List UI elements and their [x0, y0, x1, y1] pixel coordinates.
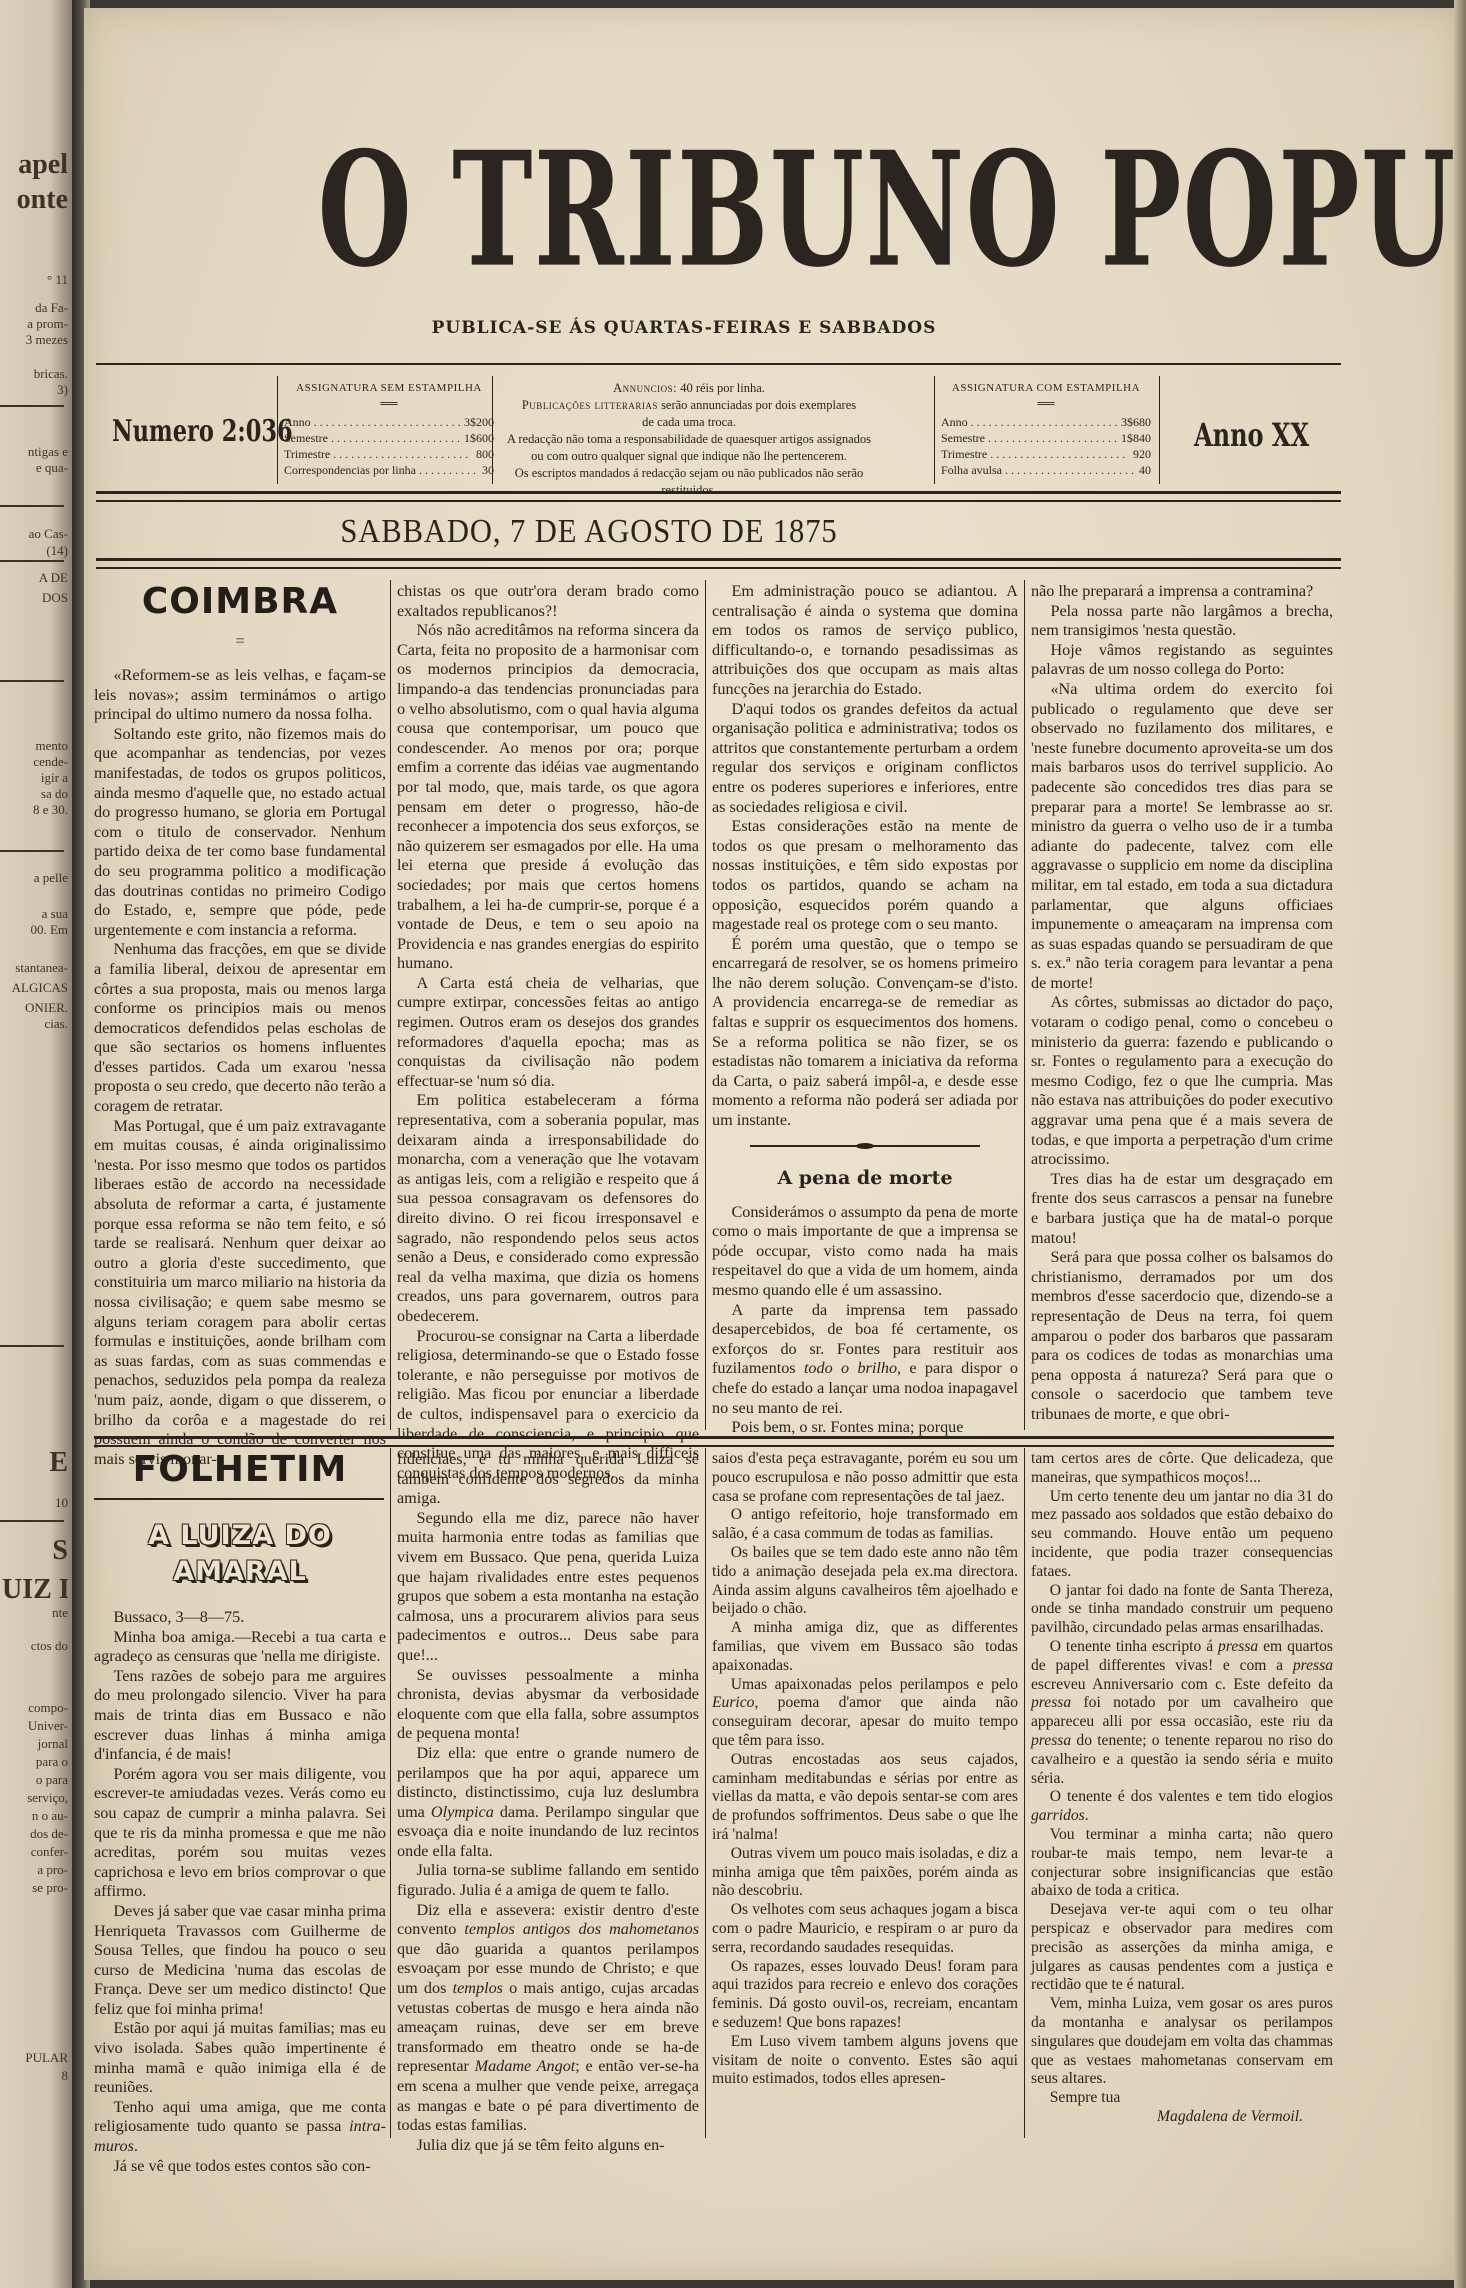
paragraph: Julia torna-se sublime fallando em senti…	[397, 1861, 699, 1900]
subscription-heading: ASSIGNATURA SEM ESTAMPILHA	[284, 380, 494, 396]
column-2-lower: fidenciaes, e tu minha querida Luiza sê …	[397, 1450, 699, 2155]
notice-text: A redacção não toma a responsabilidade d…	[489, 431, 889, 448]
notice-text: serão annunciadas por dois exemplares	[658, 398, 856, 412]
adjacent-page-fragment: ctos do	[2, 1638, 68, 1653]
adjacent-page-rule	[0, 850, 64, 852]
newspaper-page: O TRIBUNO POPULAR PUBLICA-SE ÁS QUARTAS-…	[84, 8, 1460, 2280]
section-title-coimbra: COIMBRA	[94, 580, 386, 624]
paragraph: Segundo ella me diz, parece não haver mu…	[397, 1509, 699, 1666]
paragraph: não lhe preparará a imprensa a contramin…	[1031, 582, 1333, 602]
adjacent-page-fragment: a pelle	[2, 870, 68, 885]
paragraph: O jantar foi dado na fonte de Santa Ther…	[1031, 1582, 1333, 1638]
adjacent-page-rule	[0, 1345, 64, 1347]
author-signature: Magdalena de Vermoil.	[1031, 2108, 1333, 2127]
dateline: SABBADO, 7 DE AGOSTO DE 1875	[135, 513, 1044, 551]
paragraph: Diz ella: que entre o grande numero de p…	[397, 1744, 699, 1862]
price-label: Semestre	[941, 430, 1117, 446]
adjacent-page-fragment: ao Cas-	[2, 526, 68, 541]
paragraph: Pois bem, o sr. Fontes mina; porque	[712, 1418, 1018, 1438]
price-row: Trimestre920	[941, 446, 1151, 462]
adjacent-page-fragment: e qua-	[2, 460, 68, 475]
price-row: Folha avulsa40	[941, 462, 1151, 478]
adjacent-page-fragment: apel	[2, 150, 68, 180]
paragraph: Hoje vâmos registando as seguintes palav…	[1031, 641, 1333, 680]
adjacent-page-fragment: stantanea-	[2, 960, 68, 975]
adjacent-page-fragment: a pro-	[2, 1862, 68, 1877]
adjacent-page-fragment: confer-	[2, 1844, 68, 1859]
column-4-lower: tam certos ares de côrte. Que delicadeza…	[1031, 1450, 1333, 2127]
paragraph: «Reformem-se as leis velhas, e façam-se …	[94, 666, 386, 725]
column-3-upper: Em administração pouco se adiantou. A ce…	[712, 582, 1018, 1438]
price-label: Anno	[284, 414, 460, 430]
subscription-with-stamp: ASSIGNATURA COM ESTAMPILHA ══ Anno3$680S…	[941, 380, 1151, 478]
price-row: Anno3$680	[941, 414, 1151, 430]
paragraph: Em administração pouco se adiantou. A ce…	[712, 582, 1018, 700]
price-row: Correspondencias por linha30	[284, 462, 494, 478]
paragraph: Tens razões de sobejo para me arguires d…	[94, 1667, 386, 1765]
adjacent-page-fragment: (14)	[2, 543, 68, 558]
paragraph: Tenho aqui uma amiga, que me conta relig…	[94, 2098, 386, 2157]
adjacent-page-fragment: serviço,	[2, 1790, 68, 1805]
price-row: Semestre1$600	[284, 430, 494, 446]
price-label: Semestre	[284, 430, 460, 446]
subscription-heading: ASSIGNATURA COM ESTAMPILHA	[941, 380, 1151, 396]
adjacent-page-fragment: PULAR	[2, 2050, 68, 2065]
adjacent-page-fragment: cias.	[2, 1016, 68, 1031]
heading-divider: ══	[284, 398, 494, 408]
paragraph: As côrtes, submissas ao dictador do paço…	[1031, 993, 1333, 1169]
masthead-title: O TRIBUNO POPULAR	[318, 126, 1211, 294]
adjacent-page-fragment: ntigas e	[2, 444, 68, 459]
column-rule	[1024, 1448, 1025, 2138]
adjacent-page-fragment: compo-	[2, 1700, 68, 1715]
info-divider	[1159, 376, 1160, 484]
column-rule	[390, 1448, 391, 2138]
paragraph: Outras encostadas aos seus cajados, cami…	[712, 1751, 1018, 1845]
article-body: Considerámos o assumpto da pena de morte…	[712, 1203, 1018, 1438]
adjacent-page-fragment: o para	[2, 1772, 68, 1787]
adjacent-page-fragment: UIZ I	[2, 1575, 68, 1605]
paragraph: Outras vivem um pouco mais isoladas, e d…	[712, 1845, 1018, 1901]
adjacent-page-fragment: bricas.	[2, 366, 68, 381]
paragraph: Em Luso vivem tambem alguns jovens que v…	[712, 2033, 1018, 2089]
adjacent-page-rule	[0, 505, 64, 507]
adjacent-page-fragment: S	[2, 1536, 68, 1566]
paragraph: chistas os que outr'ora deram brado como…	[397, 582, 699, 621]
adjacent-page-fragment: ONIER.	[2, 1000, 68, 1015]
story-title: A LUIZA DO AMARAL	[94, 1518, 386, 1590]
column-rule	[705, 580, 706, 1430]
paragraph: Considerámos o assumpto da pena de morte…	[712, 1203, 1018, 1301]
price-rows: Anno3$200Semestre1$600Trimestre800Corres…	[284, 414, 494, 478]
paragraph: Os bailes que se tem dado este anno não …	[712, 1544, 1018, 1619]
paragraph: Estão por aqui já muitas familias; mas e…	[94, 2019, 386, 2097]
adjacent-page-fragment: cende-	[2, 754, 68, 769]
paragraph: Minha boa amiga.—Recebi a tua carta e ag…	[94, 1628, 386, 1667]
adjacent-page-fragment: para o	[2, 1754, 68, 1769]
price-value: 920	[1129, 446, 1151, 462]
adjacent-page-fragment: a prom-	[2, 316, 68, 331]
paragraph: Mas Portugal, que é um paiz extravagante…	[94, 1117, 386, 1470]
paragraph: fidenciaes, e tu minha querida Luiza sê …	[397, 1450, 699, 1509]
section-divider: =	[94, 634, 386, 650]
price-row: Anno3$200	[284, 414, 494, 430]
paragraph: É porém uma questão, que o tempo se enca…	[712, 935, 1018, 1131]
price-label: Folha avulsa	[941, 462, 1135, 478]
folhetim-title-rule	[94, 1498, 384, 1500]
adjacent-page-fragment: sa do	[2, 786, 68, 801]
adjacent-page-fragment: Univer-	[2, 1718, 68, 1733]
adjacent-page-fragment: dos de-	[2, 1826, 68, 1841]
paragraph: tam certos ares de côrte. Que delicadeza…	[1031, 1450, 1333, 1488]
price-rows: Anno3$680Semestre1$840Trimestre920Folha …	[941, 414, 1151, 478]
paragraph: Umas apaixonadas pelos perilampos e pelo…	[712, 1676, 1018, 1751]
paragraph: Pela nossa parte não largâmos a brecha, …	[1031, 602, 1333, 641]
paragraph: saios d'esta peça estravagante, porém eu…	[712, 1450, 1018, 1506]
story-body: fidenciaes, e tu minha querida Luiza sê …	[397, 1450, 699, 2155]
column-3-lower: saios d'esta peça estravagante, porém eu…	[712, 1450, 1018, 2089]
info-bottom-rule	[96, 491, 1341, 502]
paragraph: O tenente é dos valentes e tem tido elog…	[1031, 1788, 1333, 1826]
price-label: Trimestre	[284, 446, 472, 462]
paragraph: O antigo refeitorio, hoje transformado e…	[712, 1506, 1018, 1544]
adjacent-page-fragment: se pro-	[2, 1880, 68, 1895]
adjacent-page-fragment: A DE	[2, 570, 68, 585]
adjacent-page-strip: apelonte° 11da Fa-a prom-3 mezesbricas.3…	[0, 0, 72, 2288]
column-2-upper: chistas os que outr'ora deram brado como…	[397, 582, 699, 1483]
article-body: Em administração pouco se adiantou. A ce…	[712, 582, 1018, 1131]
column-1-lower: FOLHETIM A LUIZA DO AMARAL Bussaco, 3—8—…	[94, 1448, 386, 2176]
paragraph: Se ouvisses pessoalmente a minha chronis…	[397, 1666, 699, 1744]
paragraph: Sempre tua	[1031, 2089, 1333, 2108]
page-right-edge	[1454, 0, 1466, 2288]
dateline-rule	[96, 558, 1341, 569]
info-divider	[277, 376, 278, 484]
volume-year: Anno XX	[1194, 416, 1309, 454]
story-body: Bussaco, 3—8—75.Minha boa amiga.—Recebi …	[94, 1608, 386, 2176]
paragraph: Será para que possa colher os balsamos d…	[1031, 1248, 1333, 1424]
story-body: saios d'esta peça estravagante, porém eu…	[712, 1450, 1018, 2089]
notice-label: Publicações litterarias	[522, 398, 658, 412]
article-body: chistas os que outr'ora deram brado como…	[397, 582, 699, 1483]
paragraph: Já se vê que todos estes contos são con-	[94, 2157, 386, 2177]
adjacent-page-fragment: da Fa-	[2, 300, 68, 315]
story-body: tam certos ares de côrte. Que delicadeza…	[1031, 1450, 1333, 2108]
section-title-pena-de-morte: A pena de morte	[712, 1165, 1018, 1191]
adjacent-page-fragment: 00. Em	[2, 922, 68, 937]
adjacent-page-fragment: ° 11	[2, 272, 68, 287]
paragraph: A minha amiga diz, que as differentes fa…	[712, 1619, 1018, 1675]
column-rule	[390, 580, 391, 1430]
notice-text: de cada uma troca.	[489, 414, 889, 431]
price-value: 40	[1135, 462, 1151, 478]
adjacent-page-rule	[0, 405, 64, 407]
subscription-without-stamp: ASSIGNATURA SEM ESTAMPILHA ══ Anno3$200S…	[284, 380, 494, 478]
issue-number: Numero 2:036	[112, 416, 293, 448]
notice-label: Annuncios:	[613, 381, 677, 395]
adjacent-page-fragment: mento	[2, 738, 68, 753]
paragraph: Julia diz que já se têm feito alguns en-	[397, 2136, 699, 2156]
paragraph: Vem, minha Luiza, vem gosar os ares puro…	[1031, 1995, 1333, 2089]
paragraph: D'aqui todos os grandes defeitos da actu…	[712, 700, 1018, 818]
adjacent-page-fragment: 3)	[2, 382, 68, 397]
paragraph: Um certo tenente deu um jantar no dia 31…	[1031, 1488, 1333, 1582]
advertising-notice: Annuncios: 40 réis por linha. Publicaçõe…	[489, 380, 889, 499]
adjacent-page-fragment: ALGICAS	[2, 980, 68, 995]
notice-text: 40 réis por linha.	[677, 381, 765, 395]
price-label: Trimestre	[941, 446, 1129, 462]
notice-text: ou com outro qualquer signal que indique…	[489, 448, 889, 465]
price-value: 1$840	[1117, 430, 1151, 446]
article-body: «Reformem-se as leis velhas, e façam-se …	[94, 666, 386, 1469]
masthead-rule	[96, 363, 1341, 365]
section-ornament	[750, 1145, 980, 1151]
article-body: não lhe preparará a imprensa a contramin…	[1031, 582, 1333, 1425]
paragraph: Os velhotes com seus achaques jogam a bi…	[712, 1901, 1018, 1957]
adjacent-page-rule	[0, 560, 64, 562]
section-title-folhetim: FOLHETIM	[94, 1448, 386, 1492]
adjacent-page-fragment: jornal	[2, 1736, 68, 1751]
paragraph: Os rapazes, esses louvado Deus! foram pa…	[712, 1958, 1018, 2033]
adjacent-page-fragment: nte	[2, 1605, 68, 1620]
paragraph: Em politica estabeleceram a fórma repres…	[397, 1091, 699, 1326]
paragraph: Nós não acreditâmos na reforma sincera d…	[397, 621, 699, 974]
adjacent-page-fragment: a sua	[2, 906, 68, 921]
column-rule	[705, 1448, 706, 2138]
adjacent-page-fragment: n o au-	[2, 1808, 68, 1823]
paragraph: Porém agora vou ser mais diligente, vou …	[94, 1765, 386, 1902]
adjacent-page-fragment: DOS	[2, 590, 68, 605]
paragraph: Diz ella e assevera: existir dentro d'es…	[397, 1901, 699, 2136]
adjacent-page-fragment: 8	[2, 2068, 68, 2083]
paragraph: Deves já saber que vae casar minha prima…	[94, 1902, 386, 2020]
adjacent-page-rule	[0, 680, 64, 682]
paragraph: Bussaco, 3—8—75.	[94, 1608, 386, 1628]
paragraph: «Na ultima ordem do exercito foi publica…	[1031, 680, 1333, 994]
price-row: Trimestre800	[284, 446, 494, 462]
paragraph: Vou terminar a minha carta; não quero ro…	[1031, 1826, 1333, 1901]
info-divider	[934, 376, 935, 484]
paragraph: Tres dias ha de estar um desgraçado em f…	[1031, 1170, 1333, 1248]
folhetim-rule	[94, 1436, 1334, 1447]
column-4-upper: não lhe preparará a imprensa a contramin…	[1031, 582, 1333, 1425]
price-label: Correspondencias por linha	[284, 462, 478, 478]
paragraph: Soltando este grito, não fizemos mais do…	[94, 725, 386, 941]
price-label: Anno	[941, 414, 1117, 430]
column-rule	[1024, 580, 1025, 1430]
paragraph: Estas considerações estão na mente de to…	[712, 817, 1018, 935]
paragraph: A parte da imprensa tem passado desaperc…	[712, 1301, 1018, 1419]
column-1-upper: COIMBRA = «Reformem-se as leis velhas, e…	[94, 580, 386, 1469]
price-row: Semestre1$840	[941, 430, 1151, 446]
adjacent-page-fragment: onte	[2, 185, 68, 215]
adjacent-page-fragment: 3 mezes	[2, 332, 68, 347]
paragraph: O tenente tinha escripto á pressa em qua…	[1031, 1638, 1333, 1788]
paragraph: Desejava ver-te aqui com o teu olhar per…	[1031, 1901, 1333, 1995]
price-value: 3$680	[1117, 414, 1151, 430]
adjacent-page-fragment: E	[2, 1448, 68, 1478]
adjacent-page-fragment: 10	[2, 1495, 68, 1510]
masthead-subtitle: PUBLICA-SE ÁS QUARTAS-FEIRAS E SABBADOS	[84, 318, 1284, 338]
adjacent-page-fragment: 8 e 30.	[2, 802, 68, 817]
paragraph: A Carta está cheia de velharias, que cum…	[397, 974, 699, 1092]
adjacent-page-fragment: igir a	[2, 770, 68, 785]
paragraph: Nenhuma das fracções, em que se divide a…	[94, 940, 386, 1116]
adjacent-page-rule	[0, 1520, 64, 1522]
heading-divider: ══	[941, 398, 1151, 408]
